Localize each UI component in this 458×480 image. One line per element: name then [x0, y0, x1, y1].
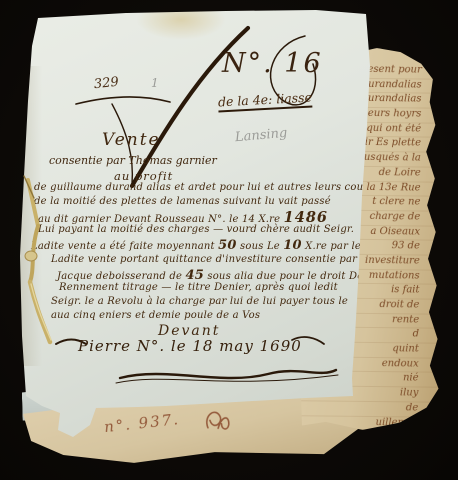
body-line: aua cinq eniers et demie poule de a Vos	[51, 310, 260, 321]
body-line-text: sous Le	[237, 241, 284, 252]
sum-45-sous: 45	[186, 268, 205, 283]
bottom-archive-number: n°. 937.	[103, 410, 181, 436]
sum-50-sous: 50	[218, 238, 237, 253]
body-line: Lui payant la moitié des charges — vourd…	[38, 224, 354, 235]
body-line-text: Ladite vente a été faite moyennant	[31, 241, 218, 252]
bundle-label: de la 4e: liasse	[218, 90, 313, 113]
paraph-flourish-icon	[200, 403, 238, 436]
profit-line: au profit	[114, 169, 173, 183]
body-line-text: sous alia due pour le droit De	[204, 271, 363, 282]
photo-background: n°. 937. present pourDurandaliasDurandal…	[0, 0, 458, 480]
body-line: Ladite vente a été faite moyennant 50 so…	[31, 238, 394, 253]
body-line: Seigr. le a Revolu à la charge par lui d…	[51, 296, 348, 307]
body-line-text: Jacque deboisserand de	[57, 271, 186, 282]
body-line: de guillaume durand alias et ardet pour …	[34, 182, 384, 193]
day-10: 10	[283, 238, 302, 253]
side-sheet-text-line: de	[296, 401, 444, 417]
notary-date-line: Pierre N°. le 18 may 1690	[78, 337, 302, 355]
consent-line: consentie par Thomas garnier	[49, 154, 217, 167]
body-line: Ladite vente portant quittance d'investi…	[51, 254, 357, 265]
archive-number: 329	[93, 75, 119, 93]
document-number: N°. 16	[222, 48, 323, 79]
pencil-annotation: Lansing	[234, 126, 287, 145]
paper-stain	[136, 6, 226, 40]
document-title: Vente	[102, 130, 161, 150]
body-line: Rennement titrage — le titre Denier, apr…	[59, 282, 338, 293]
pencil-mark: 1	[151, 76, 159, 90]
body-line: Jacque deboisserand de 45 sous alia due …	[57, 268, 363, 283]
body-line: de la moitié des plettes de lamenas suiv…	[34, 196, 331, 207]
main-sheet: 329 1 N°. 16 de la 4e: liasse Lansing Ve…	[16, 6, 378, 446]
